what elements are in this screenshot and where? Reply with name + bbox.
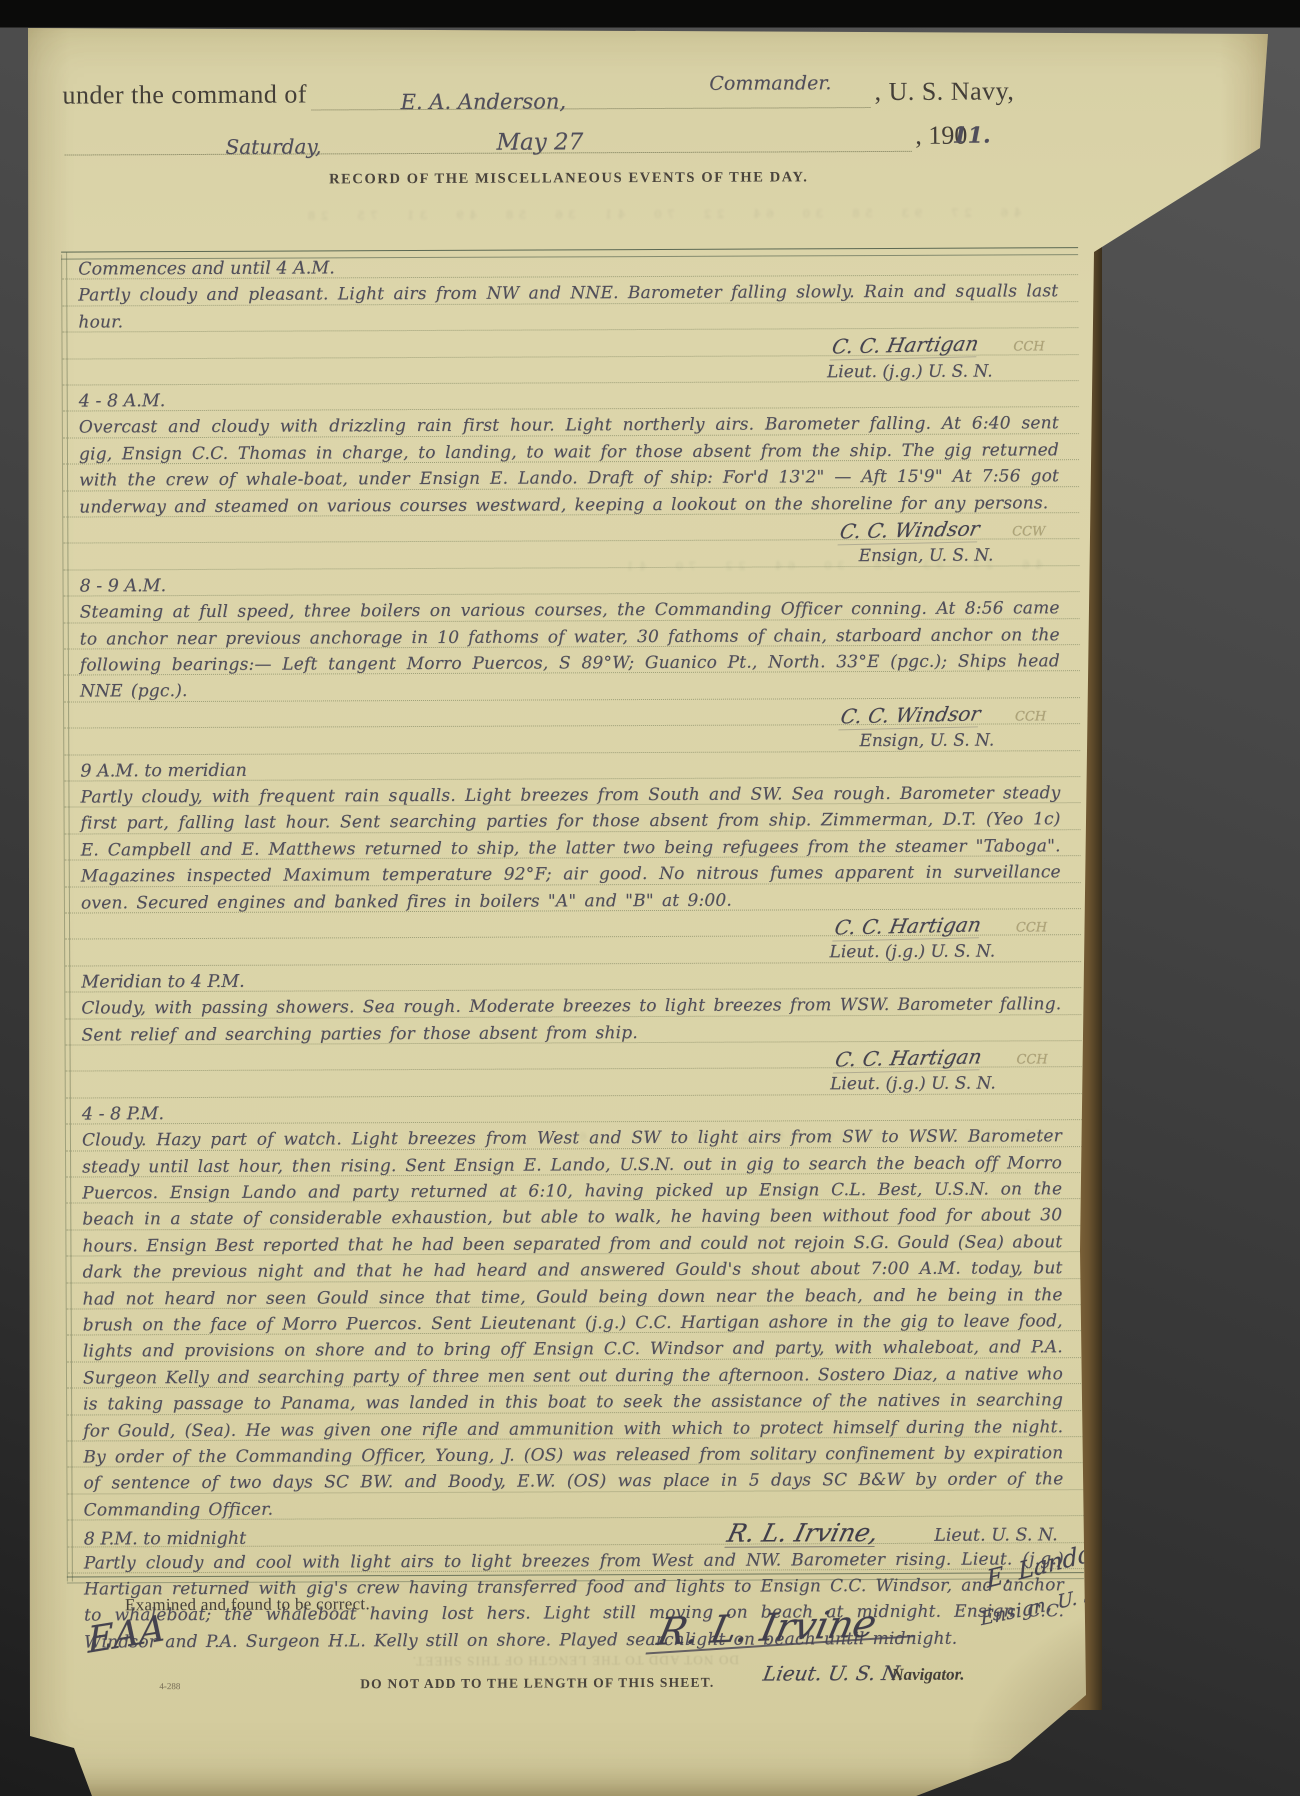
watch-officer-signature: C. C. Windsor (839, 700, 983, 730)
margin-initials: CCH (1016, 915, 1047, 942)
command-line: under the command of E. A. Anderson, Com… (62, 72, 1014, 111)
date-line-blank: Saturday, May 27 (65, 117, 912, 156)
margin-initials: CCH (1013, 334, 1044, 361)
entry-body: Steaming at full speed, three boilers on… (80, 595, 1060, 705)
log-entry-meridian-4pm: Meridian to 4 P.M. Cloudy, with passing … (81, 965, 1062, 1101)
log-entries-box: Commences and until 4 A.M. Partly cloudy… (61, 250, 1084, 1581)
signature-row: C. C. Hartigan CCH (82, 1044, 1062, 1075)
command-line-suffix: , U. S. Navy, (874, 76, 1014, 108)
log-entry-8-9am: 8 - 9 A.M. Steaming at full speed, three… (79, 569, 1060, 758)
entry-body: Partly cloudy and pleasant. Light airs f… (78, 279, 1058, 336)
page-title: RECORD OF THE MISCELLANEOUS EVENTS OF TH… (61, 168, 1077, 189)
log-entry-4-8am: 4 - 8 A.M. Overcast and cloudy with driz… (79, 384, 1060, 573)
watch-officer-rank: Ensign, U. S. N. (79, 543, 1059, 574)
signature-row: C. C. Hartigan CCH (78, 331, 1058, 362)
watch-officer-rank: Lieut. (j.g.) U. S. N. (82, 1071, 1062, 1102)
watch-officer-signature: R. L. Irvine, (725, 1520, 882, 1548)
entry-body: Overcast and cloudy with drizzling rain … (79, 411, 1059, 521)
commander-rank-handwritten: Commander. (709, 72, 831, 95)
showthrough-marks: 46 27 93 58 30 64 22 70 41 36 58 49 31 7… (301, 206, 1021, 222)
year-handwritten: 11. (952, 123, 990, 149)
watch-officer-signature: C. C. Hartigan (833, 1043, 984, 1074)
watch-officer-signature: C. C. Hartigan (830, 330, 981, 361)
length-notice: DO NOT ADD TO THE LENGTH OF THIS SHEET. (7, 1673, 1067, 1694)
watch-officer-rank: Lieut. (j.g.) U. S. N. (79, 358, 1059, 389)
command-line-prefix: under the command of (62, 79, 307, 111)
entry-body: Partly cloudy, with frequent rain squall… (80, 780, 1061, 916)
log-entry-commences: Commences and until 4 A.M. Partly cloudy… (78, 252, 1059, 388)
watch-officer-rank: Ensign, U. S. N. (80, 727, 1060, 758)
watch-officer-signature: C. C. Hartigan (833, 911, 984, 942)
log-entry-9am-meridian: 9 A.M. to meridian Partly cloudy, with f… (80, 754, 1061, 969)
date-handwritten: May 27 (496, 129, 583, 155)
entry-body: Cloudy, with passing showers. Sea rough.… (81, 991, 1061, 1048)
logbook-page: under the command of E. A. Anderson, Com… (0, 0, 1300, 1796)
date-line: Saturday, May 27 , 190 11. (61, 117, 991, 156)
page-content: under the command of E. A. Anderson, Com… (0, 0, 1300, 1796)
navigator-signature: R. L. Irvine (654, 1601, 881, 1653)
margin-initials: CCH (1016, 1047, 1047, 1074)
signature-row: C. C. Windsor CCH (80, 701, 1060, 732)
weekday-handwritten: Saturday, (225, 134, 321, 158)
margin-initials: CCH (1015, 704, 1046, 731)
command-line-blank: E. A. Anderson, Commander. (311, 73, 871, 110)
signature-row: C. C. Windsor CCW (79, 516, 1059, 547)
log-entry-4-8pm: 4 - 8 P.M. Cloudy. Hazy part of watch. L… (82, 1097, 1064, 1524)
watch-officer-signature: C. C. Windsor (838, 515, 982, 545)
signature-row: C. C. Hartigan CCH (81, 912, 1061, 943)
margin-initials: CCW (1012, 519, 1045, 546)
commander-name-handwritten: E. A. Anderson, (401, 89, 567, 114)
watch-officer-rank: Lieut. (j.g.) U. S. N. (81, 939, 1061, 970)
log-entries: Commences and until 4 A.M. Partly cloudy… (62, 250, 1084, 1656)
entry-body: Cloudy. Hazy part of watch. Light breeze… (82, 1123, 1064, 1523)
